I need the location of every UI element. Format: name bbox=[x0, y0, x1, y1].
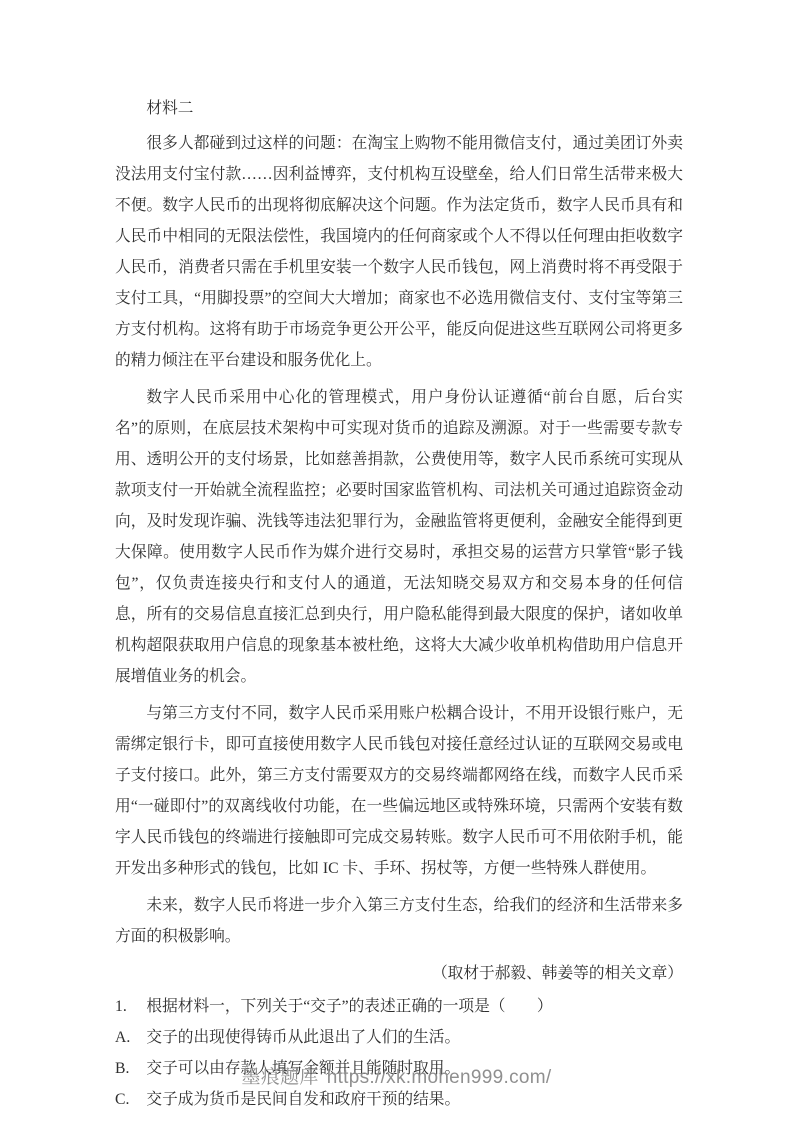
question-text: 根据材料一，下列关于“交子”的表述正确的一项是（ ） bbox=[146, 998, 552, 1015]
option-a: A.交子的出现使得铸币从此退出了人们的生活。 bbox=[115, 1022, 683, 1053]
page-footer: 墨痕题库https://xk.mohen999.com/ bbox=[0, 1062, 793, 1089]
footer-url: https://xk.mohen999.com/ bbox=[327, 1067, 552, 1088]
source-attribution: （取材于郝毅、韩姜等的相关文章） bbox=[115, 958, 683, 989]
footer-site-name: 墨痕题库 bbox=[242, 1067, 319, 1088]
option-text: 交子成为货币是民间自发和政府干预的结果。 bbox=[146, 1091, 460, 1108]
paragraph: 未来，数字人民币将进一步介入第三方支付生态，给我们的经济和生活带来多方面的积极影… bbox=[115, 890, 683, 952]
document-body: 材料二 很多人都碰到过这样的问题：在淘宝上购物不能用微信支付，通过美团订外卖没法… bbox=[115, 93, 683, 1115]
option-text: 交子的出现使得铸币从此退出了人们的生活。 bbox=[146, 1029, 460, 1046]
question-number: 1. bbox=[115, 991, 146, 1022]
paragraph: 与第三方支付不同，数字人民币采用账户松耦合设计，不用开设银行账户，无需绑定银行卡… bbox=[115, 698, 683, 884]
section-heading: 材料二 bbox=[115, 93, 683, 124]
document-page: 材料二 很多人都碰到过这样的问题：在淘宝上购物不能用微信支付，通过美团订外卖没法… bbox=[0, 0, 793, 1122]
paragraph: 很多人都碰到过这样的问题：在淘宝上购物不能用微信支付，通过美团订外卖没法用支付宝… bbox=[115, 128, 683, 376]
option-label: A. bbox=[115, 1022, 146, 1053]
question-1: 1.根据材料一，下列关于“交子”的表述正确的一项是（ ） bbox=[115, 991, 683, 1022]
paragraph: 数字人民币采用中心化的管理模式，用户身份认证遵循“前台自愿，后台实名”的原则，在… bbox=[115, 382, 683, 692]
